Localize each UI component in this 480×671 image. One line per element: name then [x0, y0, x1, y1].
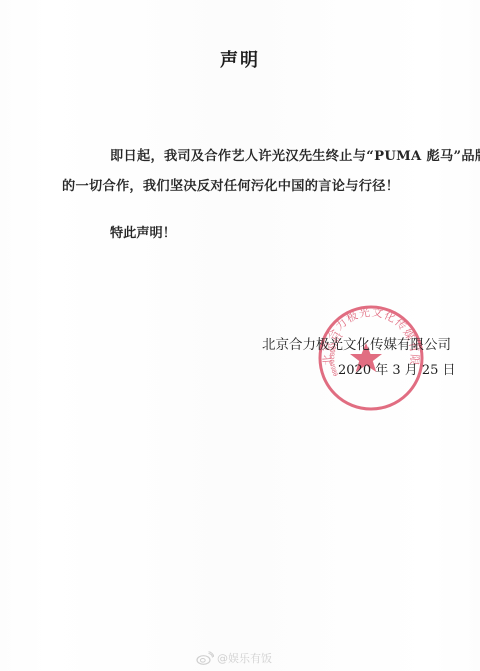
signature-date: 2020 年 3 月 25 日 — [338, 359, 456, 378]
signature-company: 北京合力极光文化传媒有限公司 — [262, 333, 451, 353]
document-page: 声明 即日起，我司及合作艺人许光汉先生终止与“PUMA 彪马”品牌 的一切合作，… — [0, 0, 480, 671]
body-line-1: 即日起，我司及合作艺人许光汉先生终止与“PUMA 彪马”品牌 — [110, 145, 480, 164]
weibo-logo-icon — [196, 651, 214, 665]
closing-statement: 特此声明！ — [110, 222, 176, 241]
watermark: @娱乐有饭 — [196, 650, 272, 666]
body-line-2: 的一切合作，我们坚决反对任何污化中国的言论与行径！ — [62, 175, 399, 194]
watermark-text: @娱乐有饭 — [217, 650, 272, 666]
document-title: 声明 — [0, 46, 480, 72]
company-seal-stamp: 北京合力极光文化传媒有限公司 1101000204980 — [316, 303, 426, 413]
